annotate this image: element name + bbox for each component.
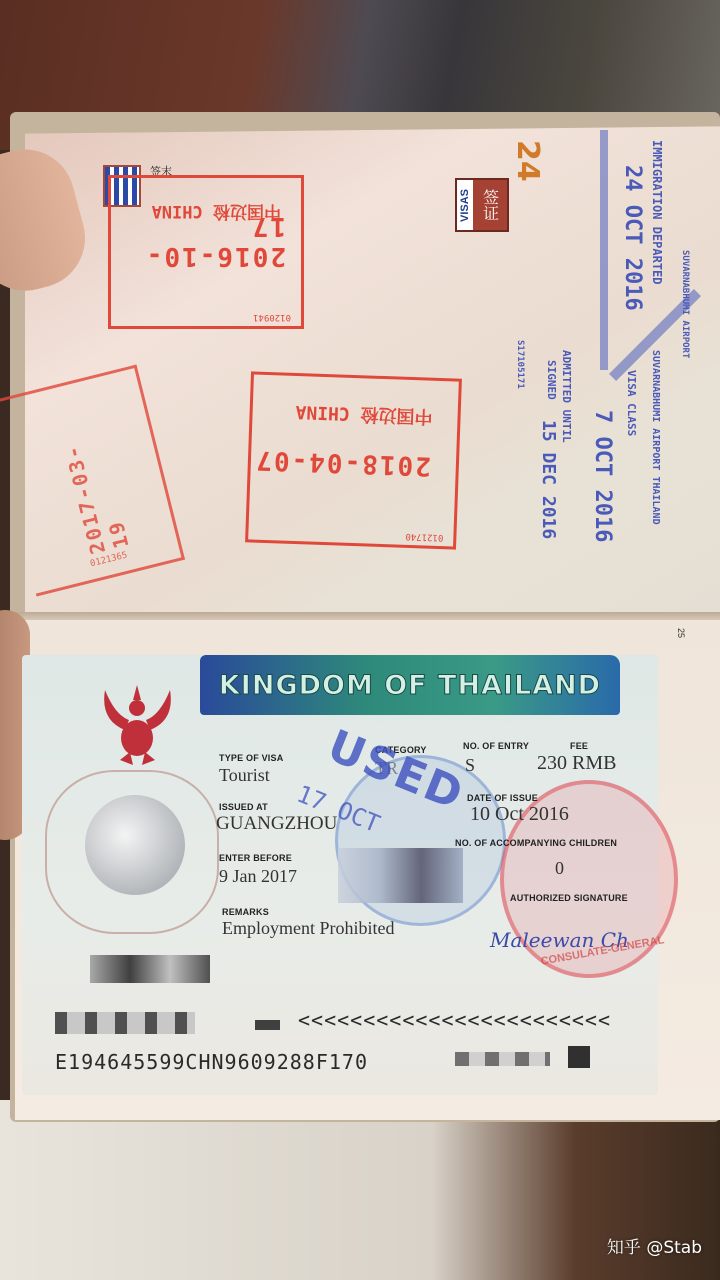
date-of-issue-label: DATE OF ISSUE	[467, 793, 538, 803]
hologram-seal	[85, 795, 185, 895]
departure-stamp-location: SUVARNABHUMI AIRPORT	[680, 250, 690, 358]
arrival-stamp-signed: SIGNED	[545, 360, 558, 400]
arrival-stamp-serial: S17105171	[515, 340, 525, 389]
mrz-line-1: <<<<<<<<<<<<<<<<<<<<<<<<	[298, 1008, 611, 1032]
type-of-visa-label: TYPE OF VISA	[219, 753, 283, 763]
fee-value: 230 RMB	[537, 752, 616, 775]
accompanying-children-label: NO. OF ACCOMPANYING CHILDREN	[455, 838, 617, 848]
redacted-mrz-mid	[255, 1020, 280, 1030]
arrival-stamp-admitted-until: 15 DEC 2016	[538, 420, 559, 539]
arrival-stamp-class: VISA CLASS	[625, 370, 638, 436]
redacted-mrz-end	[568, 1046, 590, 1068]
page-number-25: 25	[676, 628, 686, 638]
no-of-entry-label: NO. OF ENTRY	[463, 741, 529, 751]
china-stamp-2016: 0120941 2016-10-17 中国边检 CHINA	[108, 175, 304, 329]
visa-banner: KINGDOM OF THAILAND	[200, 655, 620, 715]
date-of-issue-value: 10 Oct 2016	[470, 803, 569, 826]
departure-stamp-date: 24 OCT 2016	[620, 165, 645, 311]
visa-banner-title: KINGDOM OF THAILAND	[219, 670, 601, 701]
arrival-stamp-date: 7 OCT 2016	[590, 410, 615, 542]
visas-badge: VISAS 签证	[455, 178, 509, 232]
enter-before-value: 9 Jan 2017	[219, 866, 297, 887]
thai-stamp-border	[600, 130, 608, 370]
arrival-stamp-admitted-label: ADMITTED UNTIL	[560, 350, 573, 443]
china-stamp-2018: 0121740 2018-04-07 中国边检 CHINA	[245, 371, 462, 549]
mrz-line-2: E194645599CHN9609288F170	[55, 1050, 368, 1074]
remarks-value: Employment Prohibited	[222, 918, 395, 939]
accompanying-children-value: 0	[555, 858, 564, 879]
source-watermark: 知乎 @Stab	[607, 1233, 702, 1258]
enter-before-label: ENTER BEFORE	[219, 853, 292, 863]
redacted-name	[90, 955, 210, 983]
redacted-mrz-right	[455, 1052, 550, 1066]
issued-at-label: ISSUED AT	[219, 802, 268, 812]
remarks-label: REMARKS	[222, 907, 269, 917]
page-number-24: 24	[510, 140, 545, 182]
authorized-signature-label: AUTHORIZED SIGNATURE	[510, 893, 628, 903]
redacted-field	[338, 848, 463, 903]
garuda-emblem-icon	[95, 680, 180, 775]
arrival-stamp-location: SUVARNABHUMI AIRPORT THAILAND	[650, 350, 661, 525]
departure-stamp-label: IMMIGRATION DEPARTED	[650, 140, 664, 285]
redacted-mrz-left	[55, 1012, 195, 1034]
fee-label: FEE	[570, 741, 588, 751]
type-of-visa-value: Tourist	[219, 765, 270, 786]
